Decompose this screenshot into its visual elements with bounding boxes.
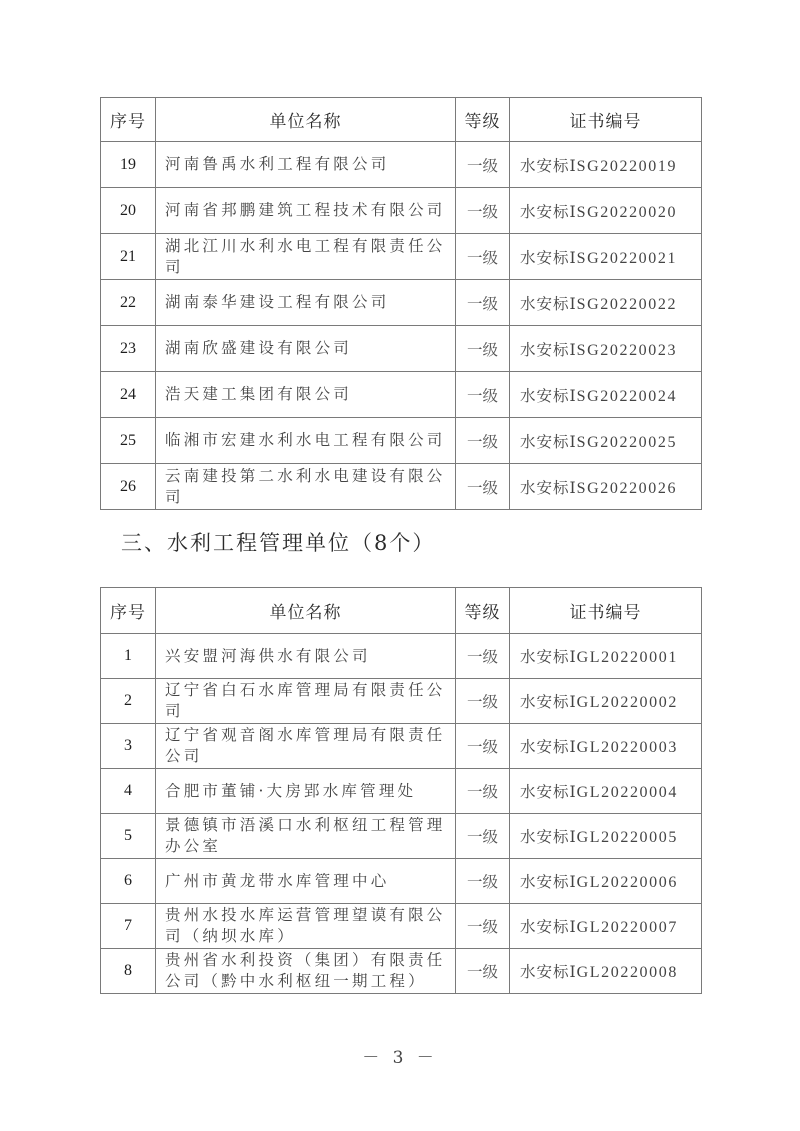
row-no: 22	[101, 280, 156, 326]
cert-prefix: 水安标Ⅰ	[520, 249, 577, 267]
unit-name: 景德镇市浯溪口水利枢纽工程管理办公室	[156, 814, 456, 859]
unit-name: 云南建投第二水利水电建设有限公司	[156, 464, 456, 510]
table-row: 25 临湘市宏建水利水电工程有限公司 一级 水安标ⅠSG20220025	[101, 418, 702, 464]
grade: 一级	[456, 464, 510, 510]
table-row: 19 河南鲁禹水利工程有限公司 一级 水安标ⅠSG20220019	[101, 142, 702, 188]
cert-prefix: 水安标Ⅰ	[520, 918, 577, 936]
cert-prefix: 水安标Ⅰ	[520, 479, 577, 497]
cert-code: SG20220025	[577, 434, 677, 451]
row-no: 19	[101, 142, 156, 188]
grade: 一级	[456, 326, 510, 372]
cert-prefix: 水安标Ⅰ	[520, 873, 577, 891]
cert-prefix: 水安标Ⅰ	[520, 295, 577, 313]
cert-prefix: 水安标Ⅰ	[520, 783, 577, 801]
row-no: 8	[101, 949, 156, 994]
grade: 一级	[456, 904, 510, 949]
table-row: 1 兴安盟河海供水有限公司 一级 水安标ⅠGL20220001	[101, 634, 702, 679]
cert-code: SG20220023	[577, 342, 677, 359]
row-no: 2	[101, 679, 156, 724]
header-unit-name: 单位名称	[156, 588, 456, 634]
table-row: 6 广州市黄龙带水库管理中心 一级 水安标ⅠGL20220006	[101, 859, 702, 904]
cert-prefix: 水安标Ⅰ	[520, 693, 577, 711]
unit-name: 贵州水投水库运营管理望谟有限公司（纳坝水库）	[156, 904, 456, 949]
row-no: 7	[101, 904, 156, 949]
cert-code: SG20220026	[577, 480, 677, 497]
grade: 一级	[456, 188, 510, 234]
row-no: 21	[101, 234, 156, 280]
cert-number: 水安标ⅠSG20220024	[510, 372, 702, 418]
cert-code: SG20220022	[577, 296, 677, 313]
cert-number: 水安标ⅠGL20220008	[510, 949, 702, 994]
cert-code: GL20220002	[577, 694, 678, 711]
table-row: 24 浩天建工集团有限公司 一级 水安标ⅠSG20220024	[101, 372, 702, 418]
cert-code: GL20220004	[577, 784, 678, 801]
grade: 一级	[456, 280, 510, 326]
unit-name: 临湘市宏建水利水电工程有限公司	[156, 418, 456, 464]
cert-prefix: 水安标Ⅰ	[520, 387, 577, 405]
grade: 一级	[456, 372, 510, 418]
cert-number: 水安标ⅠGL20220004	[510, 769, 702, 814]
cert-prefix: 水安标Ⅰ	[520, 738, 577, 756]
grade: 一级	[456, 142, 510, 188]
header-cert-no: 证书编号	[510, 98, 702, 142]
cert-number: 水安标ⅠGL20220002	[510, 679, 702, 724]
grade: 一级	[456, 234, 510, 280]
header-cert-no: 证书编号	[510, 588, 702, 634]
table-row: 23 湖南欣盛建设有限公司 一级 水安标ⅠSG20220023	[101, 326, 702, 372]
unit-name: 河南省邦鹏建筑工程技术有限公司	[156, 188, 456, 234]
grade: 一级	[456, 769, 510, 814]
cert-number: 水安标ⅠSG20220025	[510, 418, 702, 464]
row-no: 4	[101, 769, 156, 814]
cert-prefix: 水安标Ⅰ	[520, 648, 577, 666]
cert-number: 水安标ⅠSG20220021	[510, 234, 702, 280]
header-grade: 等级	[456, 98, 510, 142]
grade: 一级	[456, 814, 510, 859]
section-heading-management-units: 三、水利工程管理单位（8个）	[121, 527, 435, 557]
table-row: 5 景德镇市浯溪口水利枢纽工程管理办公室 一级 水安标ⅠGL20220005	[101, 814, 702, 859]
row-no: 1	[101, 634, 156, 679]
cert-code: GL20220003	[577, 739, 678, 756]
cert-number: 水安标ⅠGL20220006	[510, 859, 702, 904]
grade: 一级	[456, 859, 510, 904]
unit-name: 合肥市董铺·大房郢水库管理处	[156, 769, 456, 814]
unit-name: 河南鲁禹水利工程有限公司	[156, 142, 456, 188]
cert-prefix: 水安标Ⅰ	[520, 341, 577, 359]
cert-code: GL20220008	[577, 964, 678, 981]
grade: 一级	[456, 418, 510, 464]
table-row: 4 合肥市董铺·大房郢水库管理处 一级 水安标ⅠGL20220004	[101, 769, 702, 814]
table-row: 2 辽宁省白石水库管理局有限责任公司 一级 水安标ⅠGL20220002	[101, 679, 702, 724]
cert-code: GL20220006	[577, 874, 678, 891]
grade: 一级	[456, 724, 510, 769]
unit-name: 贵州省水利投资（集团）有限责任公司（黔中水利枢纽一期工程）	[156, 949, 456, 994]
unit-name: 湖南欣盛建设有限公司	[156, 326, 456, 372]
table-row: 26 云南建投第二水利水电建设有限公司 一级 水安标ⅠSG20220026	[101, 464, 702, 510]
page-number: － 3 －	[0, 1043, 800, 1068]
table-header-row: 序号 单位名称 等级 证书编号	[101, 588, 702, 634]
construction-units-table-continued: 序号 单位名称 等级 证书编号 19 河南鲁禹水利工程有限公司 一级 水安标ⅠS…	[100, 97, 702, 510]
row-no: 6	[101, 859, 156, 904]
cert-prefix: 水安标Ⅰ	[520, 433, 577, 451]
header-no: 序号	[101, 98, 156, 142]
table-header-row: 序号 单位名称 等级 证书编号	[101, 98, 702, 142]
cert-code: SG20220020	[577, 204, 677, 221]
cert-code: GL20220001	[577, 649, 678, 666]
cert-number: 水安标ⅠSG20220019	[510, 142, 702, 188]
grade: 一级	[456, 634, 510, 679]
cert-number: 水安标ⅠGL20220005	[510, 814, 702, 859]
table-row: 20 河南省邦鹏建筑工程技术有限公司 一级 水安标ⅠSG20220020	[101, 188, 702, 234]
unit-name: 辽宁省观音阁水库管理局有限责任公司	[156, 724, 456, 769]
grade: 一级	[456, 949, 510, 994]
table-row: 7 贵州水投水库运营管理望谟有限公司（纳坝水库） 一级 水安标ⅠGL202200…	[101, 904, 702, 949]
row-no: 24	[101, 372, 156, 418]
grade: 一级	[456, 679, 510, 724]
header-unit-name: 单位名称	[156, 98, 456, 142]
row-no: 5	[101, 814, 156, 859]
row-no: 3	[101, 724, 156, 769]
cert-prefix: 水安标Ⅰ	[520, 828, 577, 846]
cert-code: GL20220007	[577, 919, 678, 936]
cert-number: 水安标ⅠSG20220022	[510, 280, 702, 326]
unit-name: 兴安盟河海供水有限公司	[156, 634, 456, 679]
cert-number: 水安标ⅠGL20220001	[510, 634, 702, 679]
table-row: 22 湖南泰华建设工程有限公司 一级 水安标ⅠSG20220022	[101, 280, 702, 326]
unit-name: 浩天建工集团有限公司	[156, 372, 456, 418]
cert-number: 水安标ⅠSG20220023	[510, 326, 702, 372]
header-no: 序号	[101, 588, 156, 634]
unit-name: 辽宁省白石水库管理局有限责任公司	[156, 679, 456, 724]
cert-code: SG20220024	[577, 388, 677, 405]
cert-prefix: 水安标Ⅰ	[520, 157, 577, 175]
row-no: 23	[101, 326, 156, 372]
cert-number: 水安标ⅠSG20220020	[510, 188, 702, 234]
row-no: 20	[101, 188, 156, 234]
cert-number: 水安标ⅠGL20220003	[510, 724, 702, 769]
row-no: 25	[101, 418, 156, 464]
unit-name: 湖北江川水利水电工程有限责任公司	[156, 234, 456, 280]
cert-code: SG20220019	[577, 158, 677, 175]
cert-prefix: 水安标Ⅰ	[520, 203, 577, 221]
header-grade: 等级	[456, 588, 510, 634]
row-no: 26	[101, 464, 156, 510]
cert-number: 水安标ⅠSG20220026	[510, 464, 702, 510]
cert-code: SG20220021	[577, 250, 677, 267]
table-row: 8 贵州省水利投资（集团）有限责任公司（黔中水利枢纽一期工程） 一级 水安标ⅠG…	[101, 949, 702, 994]
table-row: 21 湖北江川水利水电工程有限责任公司 一级 水安标ⅠSG20220021	[101, 234, 702, 280]
table-row: 3 辽宁省观音阁水库管理局有限责任公司 一级 水安标ⅠGL20220003	[101, 724, 702, 769]
cert-code: GL20220005	[577, 829, 678, 846]
management-units-table: 序号 单位名称 等级 证书编号 1 兴安盟河海供水有限公司 一级 水安标ⅠGL2…	[100, 587, 702, 994]
unit-name: 广州市黄龙带水库管理中心	[156, 859, 456, 904]
cert-prefix: 水安标Ⅰ	[520, 963, 577, 981]
unit-name: 湖南泰华建设工程有限公司	[156, 280, 456, 326]
cert-number: 水安标ⅠGL20220007	[510, 904, 702, 949]
